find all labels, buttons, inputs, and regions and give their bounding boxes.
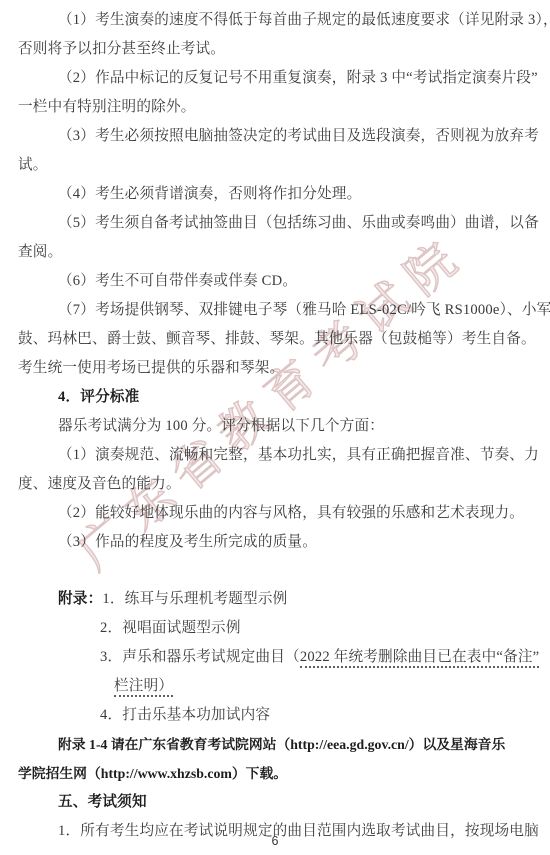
appendix-item-3-line-1: 3．声乐和器乐考试规定曲目（2022 年统考删除曲目已在表中“备注” bbox=[18, 643, 540, 672]
appendix-item-1: 1．练耳与乐理机考题型示例 bbox=[102, 591, 287, 607]
appendix-item-3-line-2: 栏注明） bbox=[18, 672, 540, 701]
exam-notes-heading: 五、考试须知 bbox=[18, 788, 540, 817]
scoring-intro: 器乐考试满分为 100 分。评分根据以下几个方面： bbox=[18, 412, 540, 441]
rule-4-line: （4）考生必须背谱演奏，否则将作扣分处理。 bbox=[18, 180, 540, 209]
document-page: 广东省教育考试院 （1）考生演奏的速度不得低于每首曲子规定的最低速度要求（详见附… bbox=[0, 0, 550, 855]
rule-2-line-2: 一栏中有特别注明的除外。 bbox=[18, 93, 540, 122]
appendix-download-line-2: 学院招生网（http://www.xhzsb.com）下载。 bbox=[18, 759, 540, 788]
scoring-criterion-1-line-1: （1）演奏规范、流畅和完整，基本功扎实，具有正确把握音准、节奏、力 bbox=[18, 441, 540, 470]
rule-7-line-3: 考生统一使用考场已提供的乐器和琴架。 bbox=[18, 354, 540, 383]
rule-5-line-1: （5）考生须自备考试抽签曲目（包括练习曲、乐曲或奏鸣曲）曲谱，以备 bbox=[18, 209, 540, 238]
rule-5-line-2: 查阅。 bbox=[18, 238, 540, 267]
scoring-criterion-1-line-2: 度、速度及音色的能力。 bbox=[18, 470, 540, 499]
rule-3-line-2: 试。 bbox=[18, 151, 540, 180]
scoring-criterion-3: （3）作品的程度及考生所完成的质量。 bbox=[18, 528, 540, 557]
rule-3-line-1: （3）考生必须按照电脑抽签决定的考试曲目及选段演奏，否则视为放弃考 bbox=[18, 122, 540, 151]
page-number: 6 bbox=[0, 834, 550, 848]
appendix-item-4: 4．打击乐基本功加试内容 bbox=[18, 701, 540, 730]
rule-7-line-2: 鼓、玛林巴、爵士鼓、颤音琴、排鼓、琴架。其他乐器（包鼓槌等）考生自备。 bbox=[18, 325, 540, 354]
rule-6-line: （6）考生不可自带伴奏或伴奏 CD。 bbox=[18, 267, 540, 296]
document-body: （1）考生演奏的速度不得低于每首曲子规定的最低速度要求（详见附录 3）， 否则将… bbox=[18, 6, 540, 846]
appendix-item-3-cont-emphasized: 栏注明） bbox=[114, 678, 173, 697]
rule-7-line-1: （7）考场提供钢琴、双排键电子琴（雅马哈 ELS-02C/吟飞 RS1000e）… bbox=[18, 296, 540, 325]
appendix-list-line-1: 附录：1．练耳与乐理机考题型示例 bbox=[18, 585, 540, 614]
section-gap bbox=[18, 557, 540, 585]
rule-1-line-1: （1）考生演奏的速度不得低于每首曲子规定的最低速度要求（详见附录 3）， bbox=[18, 6, 540, 35]
appendix-item-3-prefix: 3．声乐和器乐考试规定曲目（ bbox=[100, 649, 300, 665]
scoring-criterion-2: （2）能较好地体现乐曲的内容与风格，具有较强的乐感和艺术表现力。 bbox=[18, 499, 540, 528]
rule-2-line-1: （2）作品中标记的反复记号不用重复演奏，附录 3 中“考试指定演奏片段” bbox=[18, 64, 540, 93]
rule-1-line-2: 否则将予以扣分甚至终止考试。 bbox=[18, 35, 540, 64]
appendix-item-2: 2．视唱面试题型示例 bbox=[18, 614, 540, 643]
appendix-item-3-emphasized: 2022 年统考删除曲目已在表中“备注” bbox=[300, 649, 540, 668]
scoring-heading: 4．评分标准 bbox=[18, 383, 540, 412]
appendix-label: 附录： bbox=[58, 591, 102, 607]
appendix-download-line-1: 附录 1-4 请在广东省教育考试院网站（http://eea.gd.gov.cn… bbox=[18, 730, 540, 759]
